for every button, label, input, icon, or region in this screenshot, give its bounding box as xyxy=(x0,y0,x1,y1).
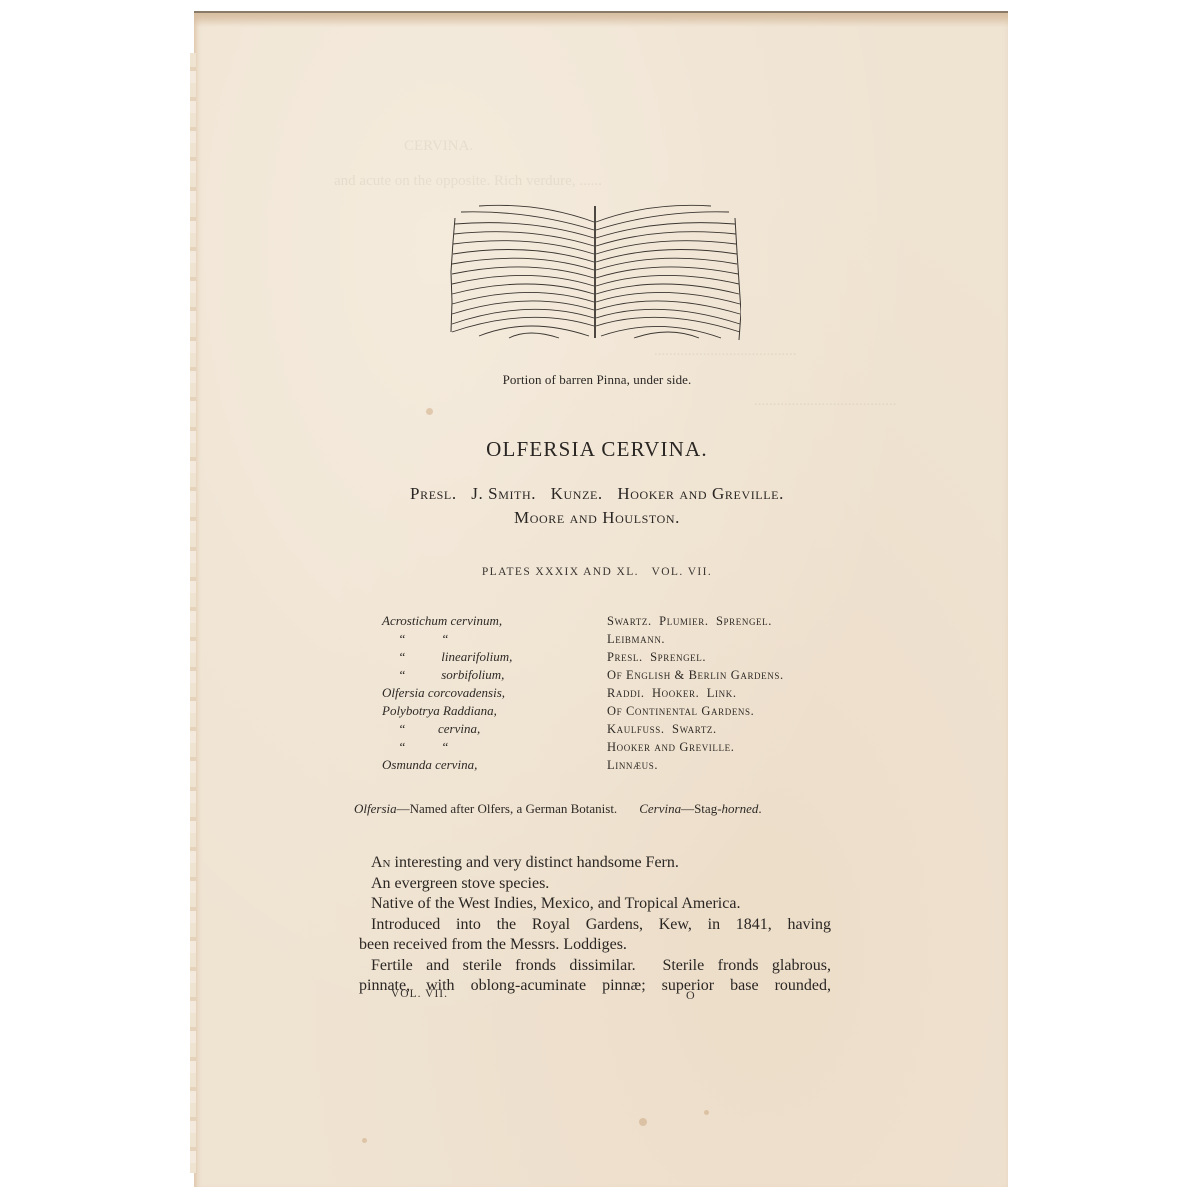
synonym-name: Olfersia corcovadensis, xyxy=(382,684,512,702)
synonym-authority: Hooker and Greville. xyxy=(607,738,784,756)
show-through-text: ...................................... xyxy=(754,393,897,410)
synonym-name: Osmunda cervina, xyxy=(382,756,512,774)
show-through-text: ...................................... xyxy=(654,343,797,360)
synonym-authority: Linnæus. xyxy=(607,756,784,774)
synonym-name: Polybotrya Raddiana, xyxy=(382,702,512,720)
foxing-spot xyxy=(639,1118,647,1126)
paragraph-4-line-1: Introduced into the Royal Gardens, Kew, … xyxy=(371,915,831,936)
synonym-authorities: Swartz. Plumier. Sprengel. Leibmann. Pre… xyxy=(607,612,784,774)
etymology-genus-text: —Named after Olfers, a German Botanist. xyxy=(397,801,618,816)
etymology-species-italic: horned xyxy=(722,801,759,816)
show-through-text: and acute on the opposite. Rich verdure,… xyxy=(334,173,602,190)
book-page: CERVINA. and acute on the opposite. Rich… xyxy=(194,11,1008,1187)
synonym-authority: Of Continental Gardens. xyxy=(607,702,784,720)
authorities-line-1: Presl. J. Smith. Kunze. Hooker and Grevi… xyxy=(186,482,1008,506)
description-text: An interesting and very distinct handsom… xyxy=(371,853,831,997)
etymology-end: . xyxy=(758,801,761,816)
synonym-authority: Kaulfuss. Swartz. xyxy=(607,720,784,738)
paragraph-1-text: interesting and very distinct handsome F… xyxy=(391,854,679,871)
synonym-authority: Presl. Sprengel. xyxy=(607,648,784,666)
etymology-line: Olfersia—Named after Olfers, a German Bo… xyxy=(354,801,762,817)
etymology-species: Cervina xyxy=(639,801,681,816)
plates-reference: PLATES XXXIX AND XL. VOL. VII. xyxy=(186,566,1008,578)
synonym-names: Acrostichum cervinum, “ “ “ linearifoliu… xyxy=(382,612,512,774)
etymology-species-text: —Stag- xyxy=(681,801,721,816)
synonym-authority: Leibmann. xyxy=(607,630,784,648)
synonym-name: “ linearifolium, xyxy=(382,648,512,666)
foxing-spot xyxy=(704,1110,709,1115)
synonym-authority: Of English & Berlin Gardens. xyxy=(607,666,784,684)
foxing-spot xyxy=(362,1138,367,1143)
synonym-name: Acrostichum cervinum, xyxy=(382,612,512,630)
synonym-name: “ sorbifolium, xyxy=(382,666,512,684)
paragraph-5-line-1: Fertile and sterile fronds dissimilar. S… xyxy=(371,956,831,977)
footer-signature: O xyxy=(686,988,695,1003)
show-through-text: CERVINA. xyxy=(404,138,473,155)
paragraph-3: Native of the West Indies, Mexico, and T… xyxy=(371,894,831,915)
paragraph-4-line-2: been received from the Messrs. Loddiges. xyxy=(359,935,831,956)
pinna-illustration xyxy=(449,202,741,342)
authorities-line-2: Moore and Houlston. xyxy=(186,506,1008,530)
footer-volume: VOL. VII. xyxy=(391,988,448,1000)
synonym-authority: Raddi. Hooker. Link. xyxy=(607,684,784,702)
etymology-genus: Olfersia xyxy=(354,801,397,816)
fern-pinna-engraving-icon xyxy=(449,202,741,342)
synonym-name: “ “ xyxy=(382,630,512,648)
synonym-authority: Swartz. Plumier. Sprengel. xyxy=(607,612,784,630)
synonym-name: “ “ xyxy=(382,738,512,756)
page-title: OLFERSIA CERVINA. xyxy=(186,437,1008,462)
foxing-spot xyxy=(426,408,433,415)
figure-caption: Portion of barren Pinna, under side. xyxy=(186,372,1008,388)
synonym-name: “ cervina, xyxy=(382,720,512,738)
authorities: Presl. J. Smith. Kunze. Hooker and Grevi… xyxy=(186,482,1008,530)
paragraph-2: An evergreen stove species. xyxy=(371,874,831,895)
drop-word: An xyxy=(371,854,391,871)
paragraph-1: An interesting and very distinct handsom… xyxy=(371,853,831,874)
